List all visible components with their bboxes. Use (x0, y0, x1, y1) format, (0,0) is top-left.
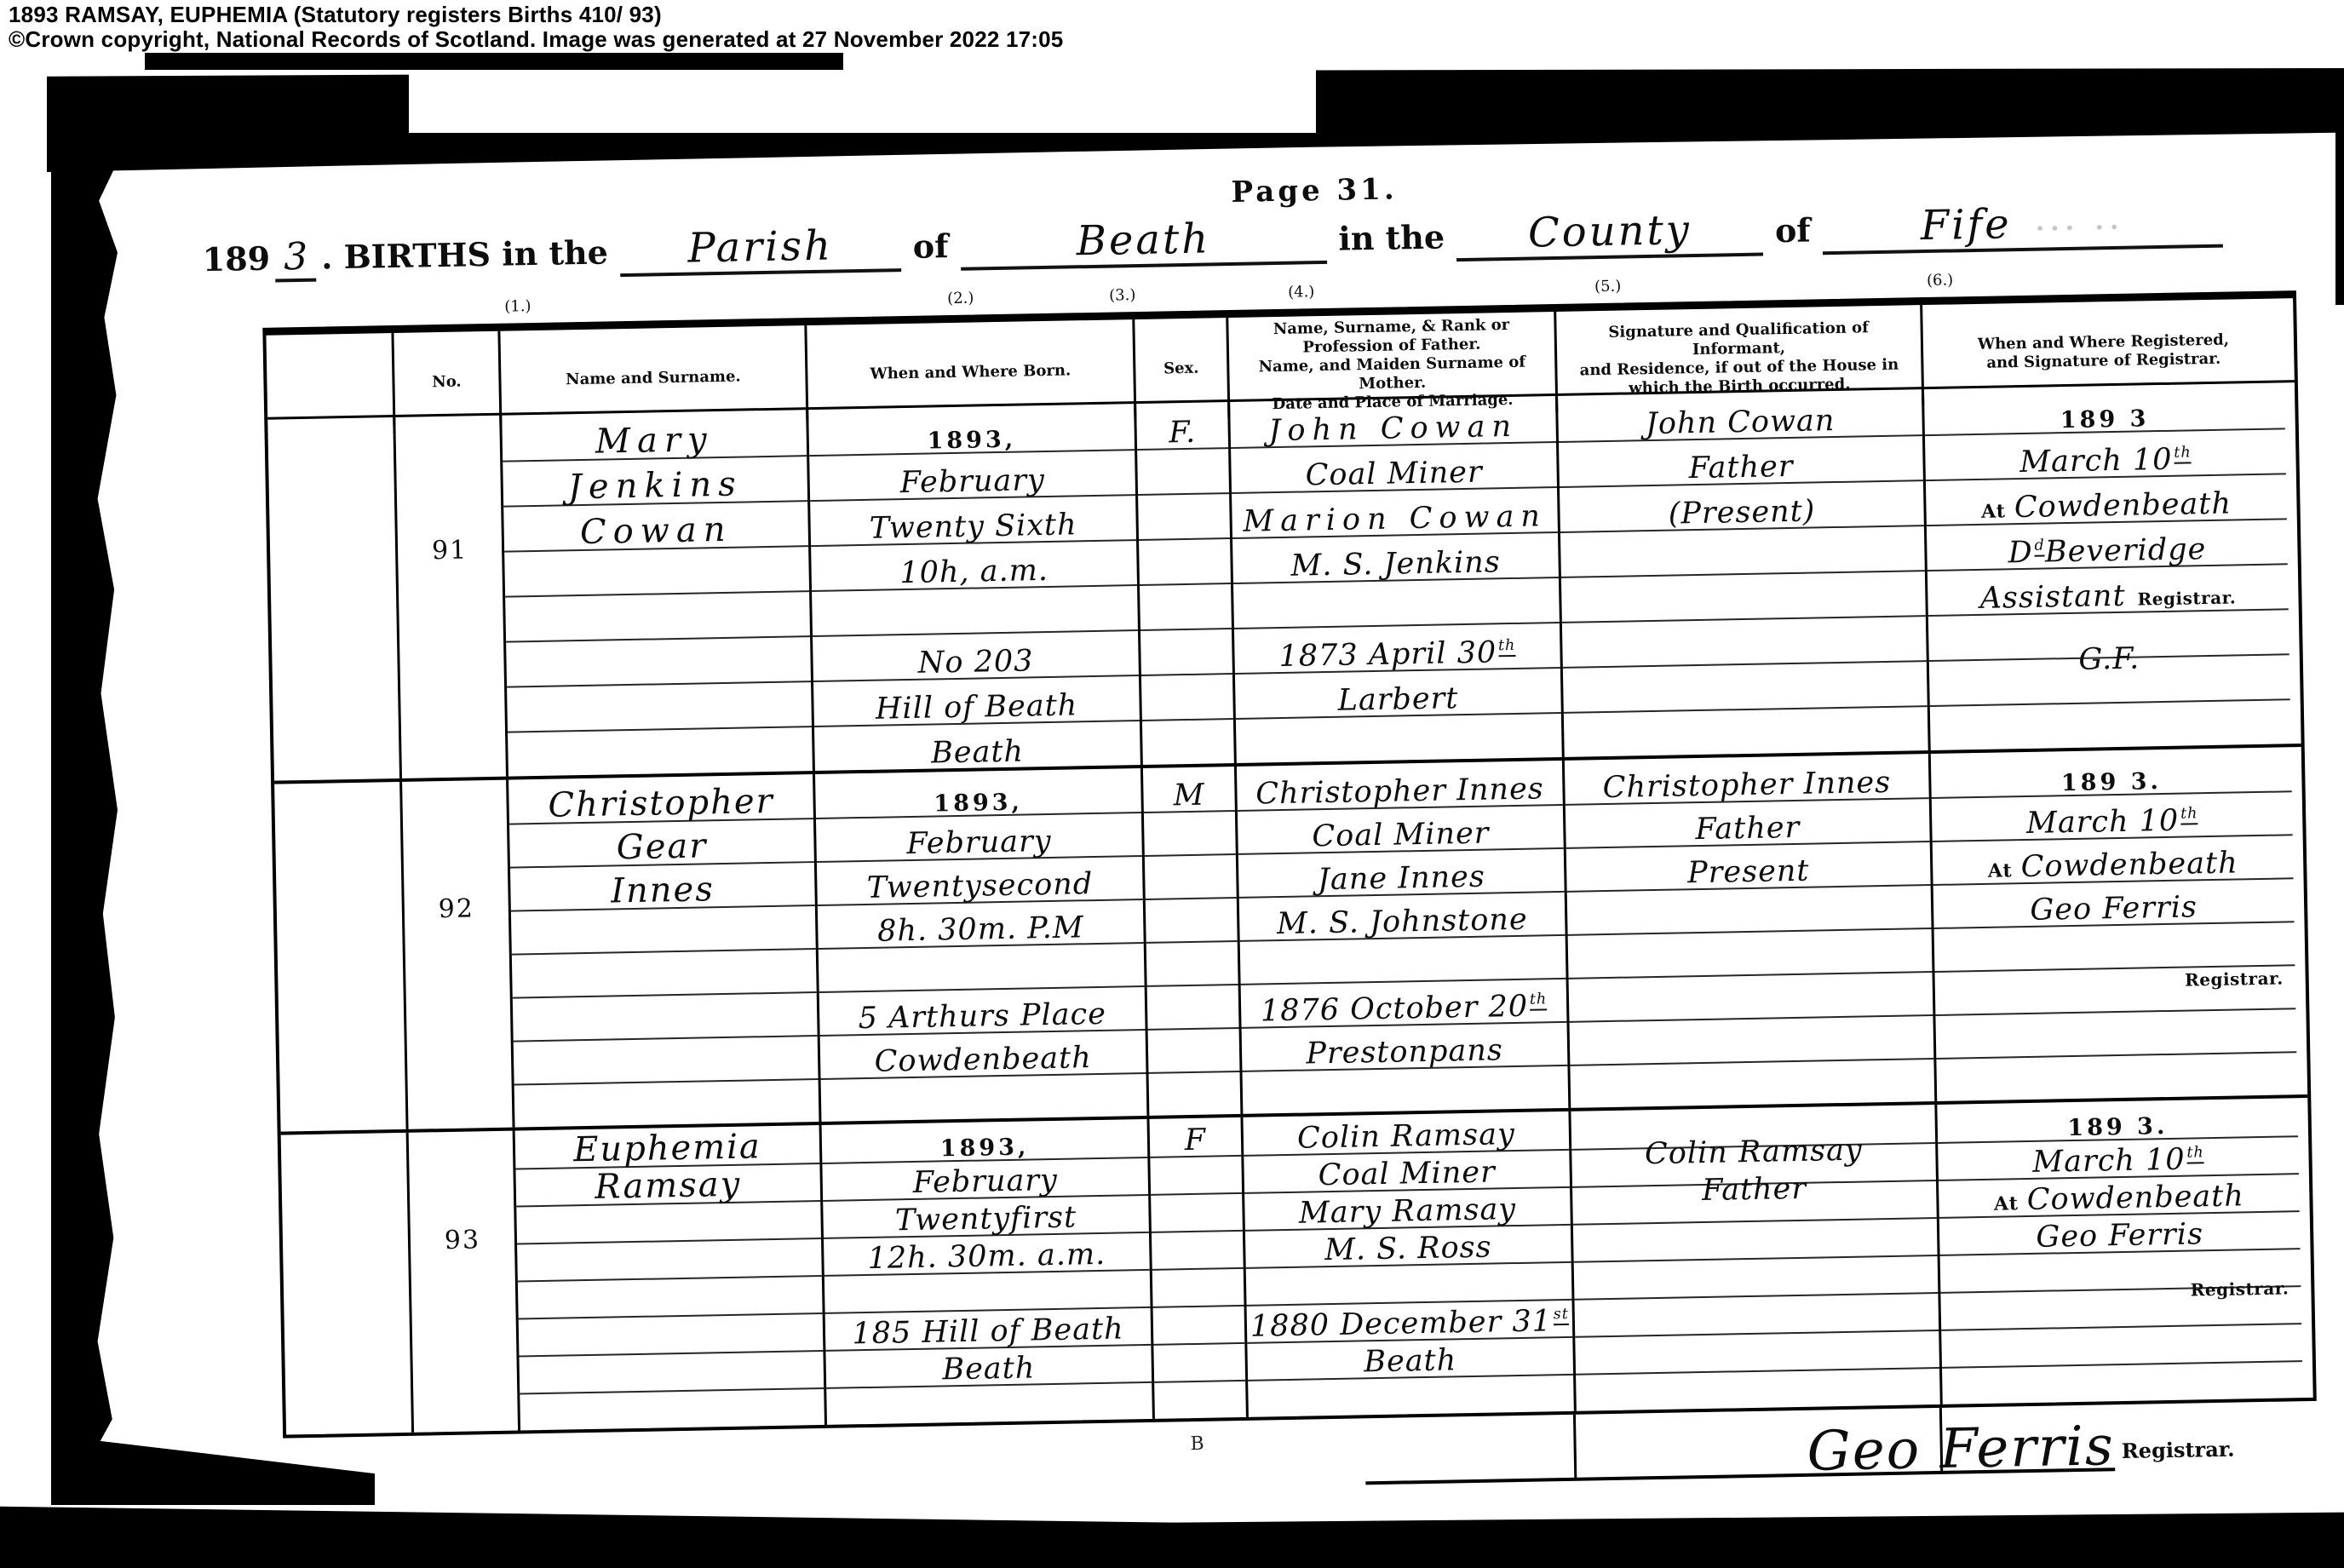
entry-91-no-cell: 91 (395, 416, 508, 778)
entry-93-born-text: Beath (825, 1344, 1152, 1390)
title-county-name: Fife (1920, 200, 2012, 250)
scan-artifact-left-strip (51, 162, 118, 1458)
ruled-line (1146, 940, 1238, 944)
ruled-line (514, 1035, 818, 1042)
copyright-line: ©Crown copyright, National Records of Sc… (9, 27, 1063, 52)
ruled-line (1941, 1323, 2301, 1331)
ruled-line (1145, 853, 1236, 857)
ruled-line (1151, 1192, 1242, 1196)
registrar-signature-line: Geo Ferris (1364, 1415, 2115, 1485)
entry-92-parents-cell: Christopher InnesCoal MinerJane InnesM. … (1237, 761, 1571, 1114)
entry-91-parents-text: M. S. Jenkins (1232, 531, 1559, 585)
entry-91-registered-text: G.F. (1928, 626, 2289, 681)
ruled-line (1569, 1014, 1933, 1023)
register-entry-93: 93EuphemiaRamsay1893,FebruaryTwentyfirst… (281, 1098, 2313, 1435)
entry-92-parents-text: M. S. Johnstone (1239, 891, 1566, 943)
ruled-line (1148, 1071, 1239, 1074)
ruled-line (1142, 718, 1233, 721)
ruled-line (520, 1387, 824, 1395)
column-number-label: (3.) (1109, 286, 1136, 305)
entry-91-sex-cell: F. (1136, 402, 1237, 765)
scan-artifact-right-sliver (2335, 126, 2344, 305)
entry-91-registered-text: Assistant Registrar. (1927, 563, 2289, 617)
ruled-line (1563, 660, 1927, 669)
entry-number-91: 91 (397, 520, 502, 569)
ruled-line (1568, 928, 1932, 936)
ruled-line (519, 1350, 823, 1358)
ruled-line (1141, 673, 1232, 676)
entry-93-parents-cell: Colin RamsayCoal MinerMary RamsayM. S. R… (1243, 1111, 1576, 1417)
ruled-line (1576, 1367, 1939, 1376)
entry-92-informant-text: Present (1566, 841, 1931, 893)
entry-93-no-cell: 93 (409, 1131, 520, 1433)
registrar-signature: Geo Ferris (1807, 1415, 2115, 1484)
entry-number-93: 93 (410, 1217, 514, 1259)
ruled-line (1152, 1267, 1244, 1271)
entry-92-sex-text: M (1143, 767, 1235, 814)
entry-number-92: 92 (404, 880, 508, 928)
ruled-line (1930, 698, 2290, 707)
entry-91-born-text: 10h, a.m. (811, 539, 1137, 593)
column-number-label: (4.) (1288, 283, 1315, 302)
ruled-line (1935, 1008, 2295, 1016)
entry-92-registered-text: Registrar. (1934, 943, 2295, 996)
ruled-line (1148, 1027, 1239, 1031)
ruled-line (1138, 492, 1229, 496)
ruled-line (1942, 1360, 2302, 1369)
entry-91-registered-cell: 189 3March 10thAtCowdenbeathDd Beveridge… (1924, 382, 2291, 750)
entry-93-informant-cell: Colin RamsayFather (1571, 1105, 1942, 1411)
entry-92-born-text: Cowdenbeath (820, 1029, 1146, 1081)
ruled-line (1562, 615, 1926, 623)
ruled-line (513, 991, 817, 999)
register-scan: Page 31. 1893. BIRTHS in theParishofBeat… (0, 53, 2344, 1568)
entry-93-sex-cell: F (1149, 1117, 1248, 1419)
scan-artifact-top-thin-bar (145, 53, 843, 70)
ruled-line (1575, 1330, 1939, 1338)
image-header: 1893 RAMSAY, EUPHEMIA (Statutory registe… (9, 3, 1063, 52)
entry-93-blank-cell (281, 1133, 414, 1435)
title-births-label: . BIRTHS in the (321, 233, 609, 276)
record-title: 1893 RAMSAY, EUPHEMIA (Statutory registe… (9, 3, 1063, 27)
column-number-label: (1.) (504, 297, 531, 316)
entry-92-parents-text: Prestonpans (1242, 1021, 1568, 1073)
entry-92-born-cell: 1893,FebruaryTwentysecond8h. 30m. P.M5 A… (815, 768, 1149, 1122)
entry-93-born-cell: 1893,FebruaryTwentyfirst12h. 30m. a.m.18… (822, 1119, 1155, 1425)
ruled-line (1140, 628, 1232, 631)
entry-91-blank-cell (267, 417, 402, 781)
ruled-line (507, 681, 811, 688)
entry-91-informant-cell: John CowanFather(Present) (1558, 389, 1931, 757)
title-of-1: of (912, 227, 949, 266)
registrar-label: Registrar. (2122, 1437, 2235, 1463)
entry-93-born-text: 12h. 30m. a.m. (824, 1232, 1150, 1278)
ruled-line (519, 1312, 823, 1320)
ruled-line (1139, 537, 1230, 541)
entry-93-parents-text: M. S. Ross (1245, 1224, 1571, 1270)
entry-92-registered-cell: 189 3.March 10thAtCowdenbeathGeo FerrisR… (1931, 747, 2297, 1101)
title-year-printed: 189 (202, 239, 270, 279)
ruled-line (1153, 1342, 1244, 1346)
page-number: Page 31. (1231, 172, 1398, 210)
entry-91-born-cell: 1893,FebruaryTwenty Sixth10h, a.m.No 203… (808, 404, 1143, 771)
register-entry-92: 92ChristopherGearInnes1893,FebruaryTwent… (274, 747, 2307, 1135)
ruled-line (518, 1275, 822, 1283)
entry-93-registered-text: Registrar. (1940, 1259, 2301, 1306)
title-parish-word: Parish (687, 222, 834, 273)
entry-93-registered-text: Geo Ferris (1939, 1210, 2301, 1257)
scan-artifact-notch (409, 70, 1316, 133)
entry-91-informant-text: (Present) (1560, 480, 1924, 534)
entry-92-name-cell: ChristopherGearInnes (508, 774, 821, 1128)
ruled-line (1153, 1305, 1244, 1308)
entry-93-name-cell: EuphemiaRamsay (515, 1125, 827, 1431)
title-parish-name: Beath (1076, 215, 1210, 265)
entry-92-sex-cell: M (1143, 767, 1243, 1116)
entry-92-no-cell: 92 (402, 780, 514, 1129)
title-of-2: of (1775, 211, 1812, 250)
entry-93-informant-text: Father (1572, 1164, 1937, 1211)
ruled-line (508, 726, 812, 733)
page-letter-mark: B (1190, 1433, 1204, 1455)
entry-91-parents-cell: John CowanCoal MinerMarion CowanM. S. Je… (1230, 396, 1565, 763)
entry-91-parents-text: Larbert (1235, 667, 1561, 721)
ruled-line (1574, 1255, 1938, 1263)
entry-91-name-cell: MaryJenkinsCowan (502, 410, 815, 777)
ruled-line (1564, 705, 1927, 714)
entry-92-name-text: Innes (510, 861, 815, 913)
title-year-written: 3 (275, 235, 317, 283)
ruled-line (517, 1238, 821, 1245)
ruled-line (512, 948, 816, 956)
scan-smudge: ··· ·· (2035, 213, 2124, 244)
ruled-line (1574, 1292, 1938, 1301)
entry-91-born-text: Beath (814, 720, 1140, 773)
ruled-line (506, 635, 810, 643)
ruled-line (1936, 1051, 2296, 1060)
column-number-label: (5.) (1594, 278, 1622, 296)
ruled-line (1569, 971, 1933, 979)
entry-92-born-text: 8h. 30m. P.M (818, 899, 1144, 951)
entry-92-blank-cell (274, 782, 408, 1132)
entry-93-sex-text: F (1149, 1117, 1241, 1159)
entry-91-name-text: Cowan (503, 500, 808, 554)
entry-91-sex-text: F. (1136, 402, 1228, 451)
column-number-label: (2.) (947, 290, 974, 308)
title-county-word: County (1528, 206, 1692, 257)
entry-92-registered-text: Geo Ferris (1933, 877, 2295, 930)
register-entry-91: 91MaryJenkinsCowan1893,FebruaryTwenty Si… (267, 382, 2301, 784)
ruled-line (1146, 897, 1237, 900)
ruled-line (1152, 1230, 1243, 1233)
ruled-line (505, 590, 809, 598)
ruled-line (1147, 984, 1238, 987)
entry-92-informant-cell: Christopher InnesFatherPresent (1565, 754, 1937, 1108)
birth-register-table: No.Name and Surname.When and Where Born.… (262, 290, 2316, 1439)
title-in-the: in the (1338, 217, 1445, 257)
ruled-line (1570, 1058, 1933, 1066)
ruled-line (1573, 1217, 1937, 1226)
register-sheet: Page 31. 1893. BIRTHS in theParishofBeat… (106, 140, 2344, 1522)
ruled-line (1561, 570, 1925, 578)
entry-93-name-text: Ramsay (515, 1163, 820, 1209)
ruled-line (514, 1078, 819, 1086)
ruled-line (1154, 1380, 1245, 1383)
column-number-label: (6.) (1927, 271, 1954, 290)
ruled-line (1140, 583, 1231, 586)
entry-93-registered-cell: 189 3.March 10thAtCowdenbeathGeo FerrisR… (1937, 1098, 2302, 1404)
entry-93-parents-text: Beath (1247, 1336, 1573, 1382)
